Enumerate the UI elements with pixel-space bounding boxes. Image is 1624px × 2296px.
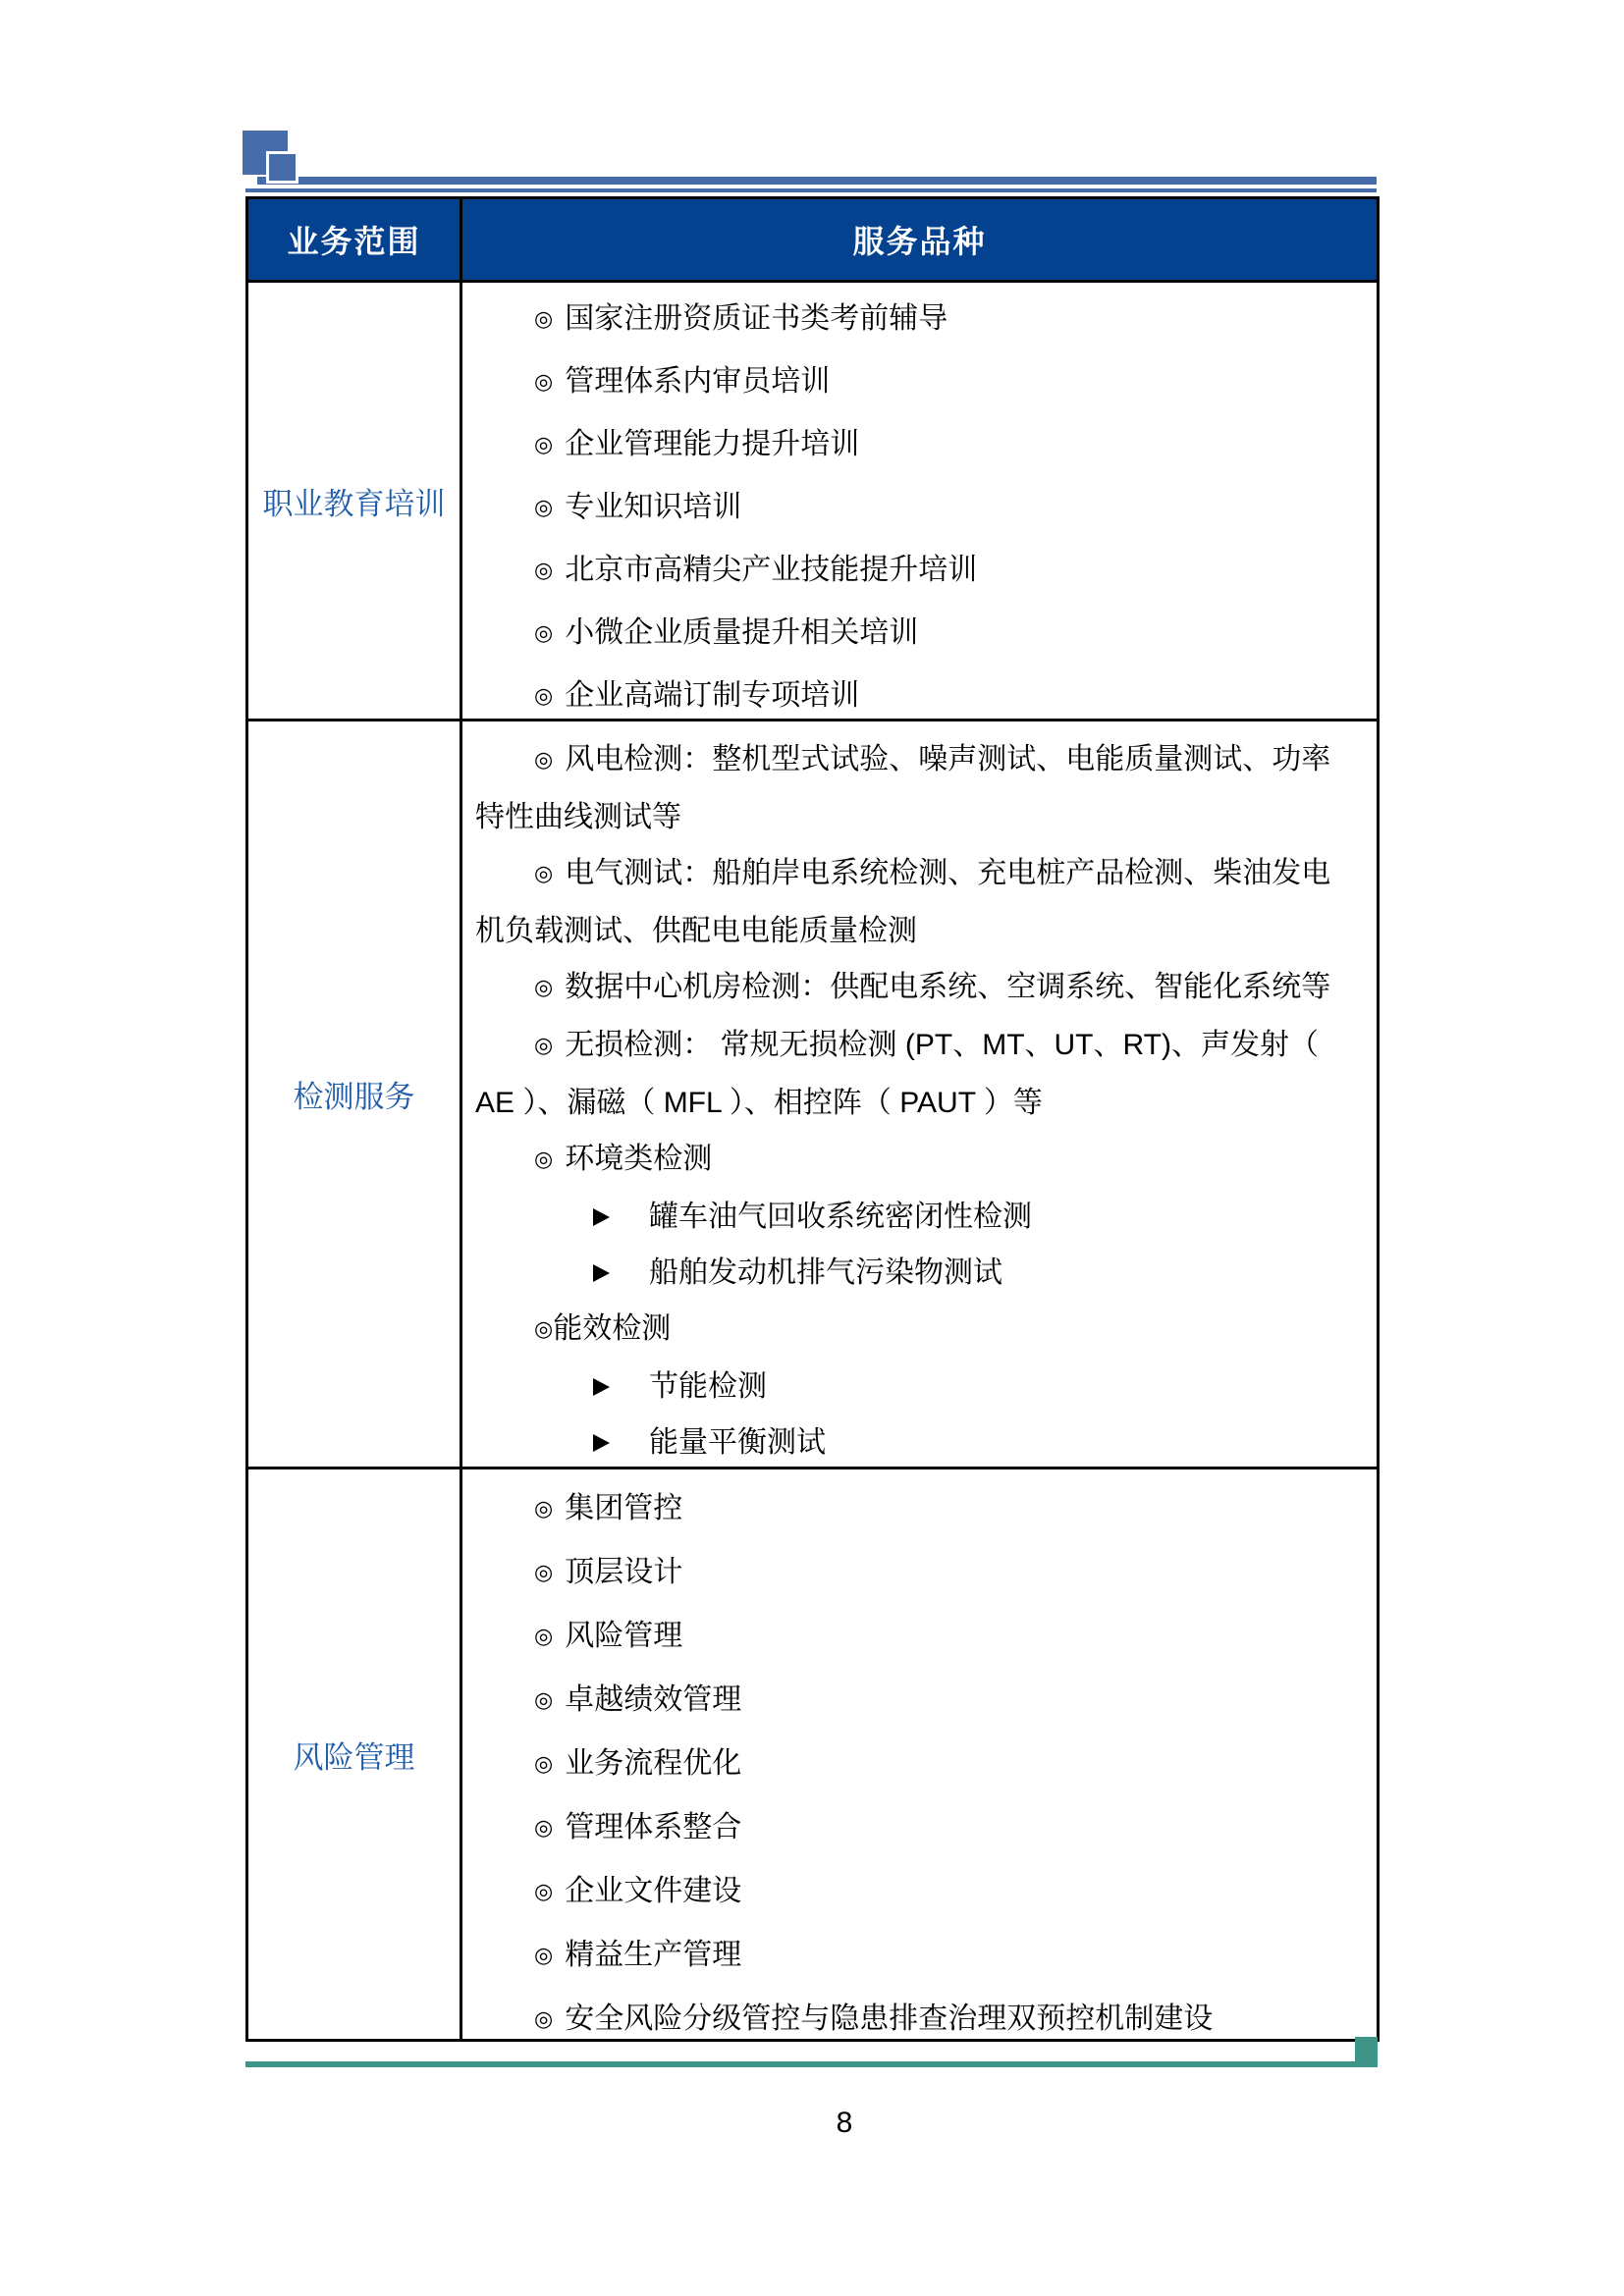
service-item: ◎专业知识培训 bbox=[475, 477, 1359, 540]
circle-bullet-icon: ◎ bbox=[534, 975, 553, 999]
service-item-text: 精益生产管理 bbox=[565, 1939, 741, 1971]
service-item: ◎能效检测 bbox=[475, 1301, 1359, 1359]
decoration-rule-thick bbox=[257, 177, 1377, 185]
service-sub-item: 能量平衡测试 bbox=[475, 1415, 1359, 1469]
items-cell-risk-management: ◎集团管控 ◎顶层设计 ◎风险管理 ◎卓越绩效管理 ◎业务流程优化 ◎管理体系整… bbox=[462, 1469, 1377, 2039]
service-item: ◎集团管控 bbox=[475, 1477, 1359, 1541]
service-item: ◎企业高端订制专项培训 bbox=[475, 666, 1359, 721]
service-item-text: 业务流程优化 bbox=[565, 1747, 741, 1780]
service-item: ◎数据中心机房检测：供配电系统、空调系统、智能化系统等 bbox=[475, 959, 1359, 1017]
category-label: 职业教育培训 bbox=[263, 479, 446, 523]
service-item: ◎环境类检测 bbox=[475, 1131, 1359, 1189]
header-label: 服务品种 bbox=[852, 217, 986, 262]
service-item-text: 企业管理能力提升培训 bbox=[565, 428, 859, 460]
category-cell-risk-management: 风险管理 bbox=[248, 1469, 462, 2039]
decoration-square-small bbox=[266, 151, 298, 184]
service-item-text: 国家注册资质证书类考前辅导 bbox=[565, 302, 947, 335]
service-item: ◎安全风险分级管控与隐患排查治理双预控机制建设 bbox=[475, 1988, 1359, 2039]
table-header-business-scope: 业务范围 bbox=[248, 199, 462, 283]
circle-bullet-icon: ◎ bbox=[534, 861, 553, 885]
decoration-rule-thin bbox=[245, 188, 1377, 192]
category-label: 检测服务 bbox=[294, 1072, 415, 1116]
circle-bullet-icon: ◎ bbox=[534, 1560, 553, 1584]
service-item-text: 数据中心机房检测：供配电系统、空调系统、智能化系统等 bbox=[565, 971, 1330, 1003]
service-item: ◎企业管理能力提升培训 bbox=[475, 414, 1359, 477]
page-number: 8 bbox=[776, 2107, 913, 2140]
service-item: ◎业务流程优化 bbox=[475, 1733, 1359, 1796]
items-cell-vocational-training: ◎国家注册资质证书类考前辅导 ◎管理体系内审员培训 ◎企业管理能力提升培训 ◎专… bbox=[462, 283, 1377, 721]
service-item: ◎顶层设计 bbox=[475, 1541, 1359, 1605]
service-item: ◎企业文件建设 bbox=[475, 1860, 1359, 1924]
service-item: ◎卓越绩效管理 bbox=[475, 1669, 1359, 1733]
arrow-bullet-icon bbox=[534, 1415, 610, 1469]
arrow-bullet-icon bbox=[534, 1189, 610, 1245]
service-item-text: 安全风险分级管控与隐患排查治理双预控机制建设 bbox=[565, 2002, 1213, 2035]
category-cell-vocational-training: 职业教育培训 bbox=[248, 283, 462, 721]
service-item-text: 企业文件建设 bbox=[565, 1875, 741, 1907]
circle-bullet-icon: ◎ bbox=[534, 558, 553, 582]
service-item-text: 管理体系内审员培训 bbox=[565, 365, 830, 398]
circle-bullet-icon: ◎ bbox=[534, 1687, 553, 1712]
service-sub-item: 罐车油气回收系统密闭性检测 bbox=[475, 1189, 1359, 1245]
footer-rule bbox=[245, 2061, 1378, 2067]
circle-bullet-icon: ◎ bbox=[534, 1496, 553, 1521]
header-label: 业务范围 bbox=[287, 217, 420, 262]
service-item: ◎国家注册资质证书类考前辅导 bbox=[475, 289, 1359, 351]
circle-bullet-icon: ◎ bbox=[534, 1879, 553, 1903]
circle-bullet-icon: ◎ bbox=[534, 369, 553, 394]
service-item-text: 电气测试：船舶岸电系统检测、充电桩产品检测、柴油发电机负载测试、供配电电能质量检… bbox=[475, 857, 1330, 947]
category-label: 风险管理 bbox=[294, 1733, 415, 1777]
circle-bullet-icon: ◎ bbox=[534, 432, 553, 456]
table-header-service-type: 服务品种 bbox=[462, 199, 1377, 283]
service-sub-item: 节能检测 bbox=[475, 1359, 1359, 1415]
service-item-text: 罐车油气回收系统密闭性检测 bbox=[649, 1201, 1032, 1233]
service-item-text: 能量平衡测试 bbox=[649, 1426, 826, 1459]
service-item-text: 能效检测 bbox=[553, 1312, 671, 1345]
service-item-text: 节能检测 bbox=[649, 1370, 767, 1403]
service-sub-item: 船舶发动机排气污染物测试 bbox=[475, 1245, 1359, 1301]
service-item: ◎风险管理 bbox=[475, 1605, 1359, 1669]
items-cell-testing-services: ◎风电检测：整机型式试验、噪声测试、电能质量测试、功率特性曲线测试等 ◎电气测试… bbox=[462, 721, 1377, 1469]
services-table: 业务范围 服务品种 职业教育培训 ◎国家注册资质证书类考前辅导 ◎管理体系内审员… bbox=[245, 196, 1380, 2042]
service-item-text: 环境类检测 bbox=[565, 1143, 712, 1175]
circle-bullet-icon: ◎ bbox=[534, 495, 553, 519]
category-cell-testing-services: 检测服务 bbox=[248, 721, 462, 1469]
circle-bullet-icon: ◎ bbox=[534, 1815, 553, 1840]
service-item-text: 顶层设计 bbox=[565, 1556, 682, 1588]
service-item-text: 船舶发动机排气污染物测试 bbox=[649, 1256, 1002, 1289]
service-item-text: 企业高端订制专项培训 bbox=[565, 679, 859, 712]
service-item: ◎小微企业质量提升相关培训 bbox=[475, 603, 1359, 666]
service-item-text: 无损检测： 常规无损检测 (PT、MT、UT、RT)、声发射（ AE ）、漏磁（… bbox=[475, 1029, 1319, 1119]
circle-bullet-icon: ◎ bbox=[534, 1033, 553, 1057]
service-item-text: 专业知识培训 bbox=[565, 491, 741, 523]
service-item: ◎电气测试：船舶岸电系统检测、充电桩产品检测、柴油发电机负载测试、供配电电能质量… bbox=[475, 845, 1359, 959]
circle-bullet-icon: ◎ bbox=[534, 683, 553, 708]
service-item-text: 风险管理 bbox=[565, 1620, 682, 1652]
arrow-bullet-icon bbox=[534, 1245, 610, 1301]
service-item-text: 集团管控 bbox=[565, 1492, 682, 1524]
circle-bullet-icon: ◎ bbox=[534, 306, 553, 331]
footer-square bbox=[1355, 2037, 1378, 2067]
service-item: ◎风电检测：整机型式试验、噪声测试、电能质量测试、功率特性曲线测试等 bbox=[475, 731, 1359, 845]
service-item-text: 管理体系整合 bbox=[565, 1811, 741, 1843]
circle-bullet-icon: ◎ bbox=[534, 2006, 553, 2031]
service-item: ◎精益生产管理 bbox=[475, 1924, 1359, 1988]
circle-bullet-icon: ◎ bbox=[534, 1751, 553, 1776]
service-item: ◎北京市高精尖产业技能提升培训 bbox=[475, 540, 1359, 603]
circle-bullet-icon: ◎ bbox=[534, 1147, 553, 1171]
service-item-text: 小微企业质量提升相关培训 bbox=[565, 616, 918, 649]
circle-bullet-icon: ◎ bbox=[534, 1624, 553, 1648]
circle-bullet-icon: ◎ bbox=[534, 747, 553, 772]
service-item-text: 北京市高精尖产业技能提升培训 bbox=[565, 554, 977, 586]
service-item-text: 风电检测：整机型式试验、噪声测试、电能质量测试、功率特性曲线测试等 bbox=[475, 743, 1330, 833]
circle-bullet-icon: ◎ bbox=[534, 620, 553, 645]
arrow-bullet-icon bbox=[534, 1359, 610, 1415]
service-item-text: 卓越绩效管理 bbox=[565, 1683, 741, 1716]
service-item: ◎无损检测： 常规无损检测 (PT、MT、UT、RT)、声发射（ AE ）、漏磁… bbox=[475, 1017, 1359, 1131]
service-item: ◎管理体系整合 bbox=[475, 1796, 1359, 1860]
service-item: ◎管理体系内审员培训 bbox=[475, 351, 1359, 414]
circle-bullet-icon: ◎ bbox=[534, 1943, 553, 1967]
circle-bullet-icon: ◎ bbox=[534, 1316, 553, 1341]
